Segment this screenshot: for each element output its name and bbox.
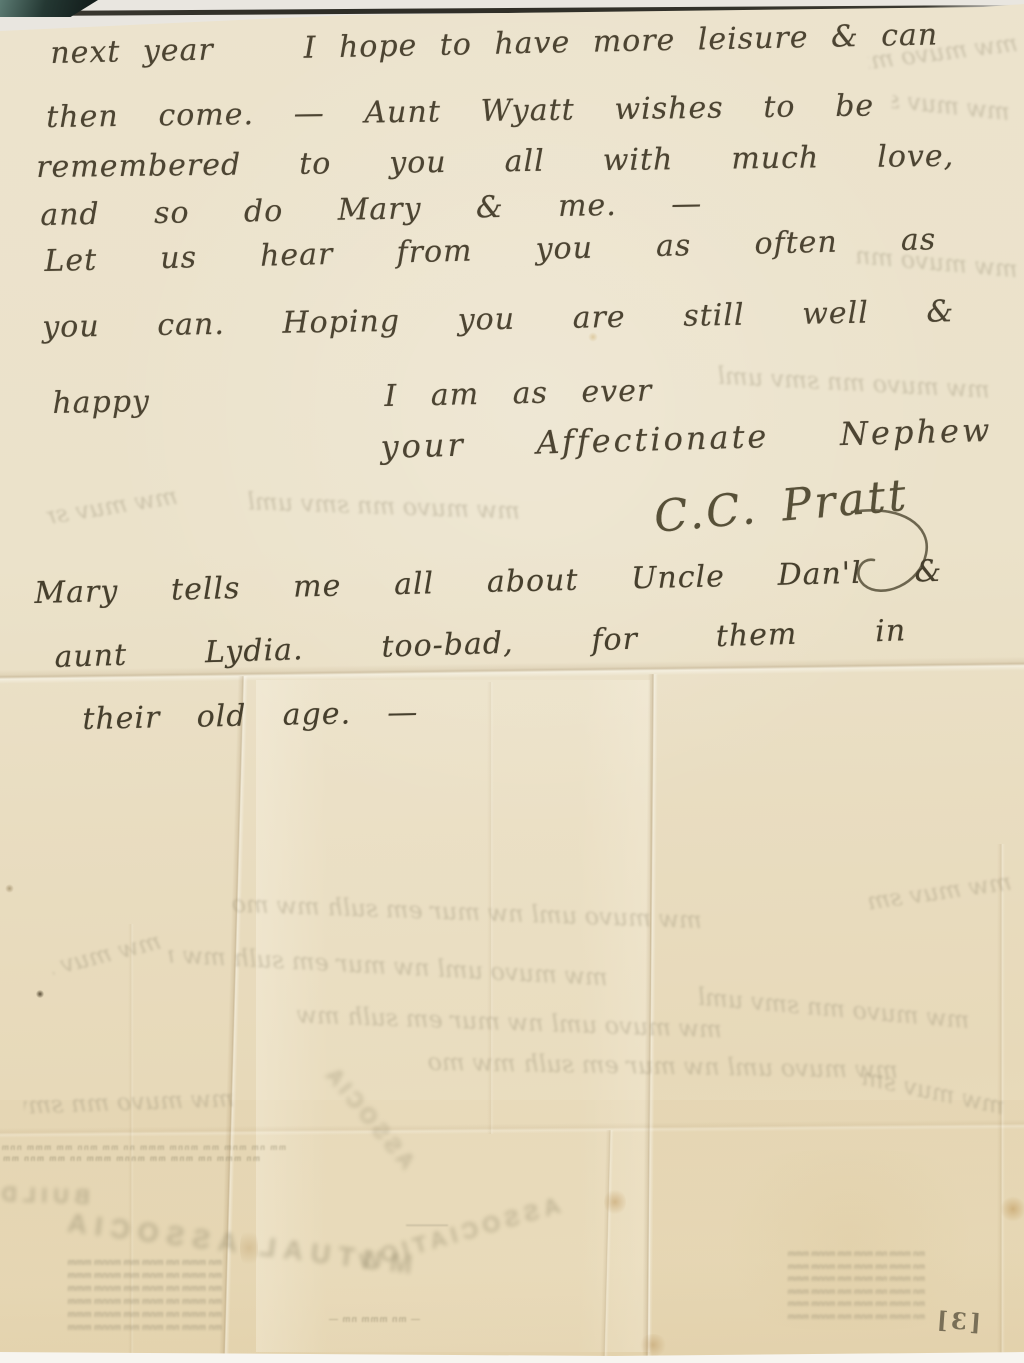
bleed-print-line: mn mmm nm mnm mm mnnm mmm bbox=[12, 1321, 222, 1334]
scanned-letter-page: mw muvo mn smv uml mw muv sm mw muvo mn … bbox=[0, 0, 1024, 1363]
paper-stain bbox=[638, 1334, 668, 1356]
signature-flourish bbox=[640, 486, 970, 616]
bleed-print-line: mn mmm nm mnm mm mnnm mmm bbox=[740, 1286, 925, 1299]
paper-stain bbox=[604, 1188, 626, 1216]
bleed-print-line: mn mmm nm mnm mm mnnm mmm bbox=[740, 1273, 925, 1286]
letter-paper: mw muvo mn smv uml mw muv sm mw muvo mn … bbox=[0, 0, 1024, 1363]
paper-stain bbox=[1000, 1196, 1024, 1222]
bleed-print-line: mn mmm nm mnm mm mnnm mmm bbox=[740, 1248, 925, 1261]
paper-stain bbox=[5, 884, 14, 893]
bleed-print-left-column: mn mmm nm mnm mm mnnm mmm mn mmm nm mnm … bbox=[12, 1256, 222, 1334]
bleed-print-fine-line: mm nm mnm mm mnnm mmm nn mm mnn mm mmm n… bbox=[0, 1143, 286, 1152]
bleed-print-line: mn mmm nm mnm mm mnnm mmm bbox=[12, 1282, 222, 1295]
bleed-print-line: mn mmm nm mnm mm mnnm mmm bbox=[740, 1298, 925, 1311]
bleed-print-line: mn mmm nm mnm mm mnnm mmm bbox=[12, 1269, 222, 1282]
bleed-print-line: mn mmm nm mnm mm mnnm mmm bbox=[12, 1295, 222, 1308]
bleed-print-dash: ——— bbox=[406, 1216, 448, 1232]
bleed-print-center-tiny: — mn mmm nm — bbox=[328, 1314, 420, 1324]
bleed-print-line: mn mmm nm mnm mm mnnm mmm bbox=[12, 1308, 222, 1321]
letter-postscript-line: their old age. — bbox=[82, 695, 419, 737]
bleed-print-headline-left: BUILDING bbox=[0, 1181, 90, 1210]
page-number-mirrored: [3] bbox=[933, 1306, 982, 1336]
ink-speck bbox=[36, 990, 44, 998]
bleed-print-fine-line: mn mmm nm mnm mm mnnm mmm nn mm mnn mm m… bbox=[0, 1154, 260, 1163]
bleed-print-right-column: mn mmm nm mnm mm mnnm mmm mn mmm nm mnm … bbox=[740, 1248, 925, 1323]
bleed-print-line: mn mmm nm mnm mm mnnm mmm bbox=[740, 1261, 925, 1274]
bleed-print-line: mn mmm nm mnm mm mnnm mmm bbox=[12, 1256, 222, 1269]
bleed-print-line: mn mmm nm mnm mm mnnm mmm bbox=[740, 1311, 925, 1324]
